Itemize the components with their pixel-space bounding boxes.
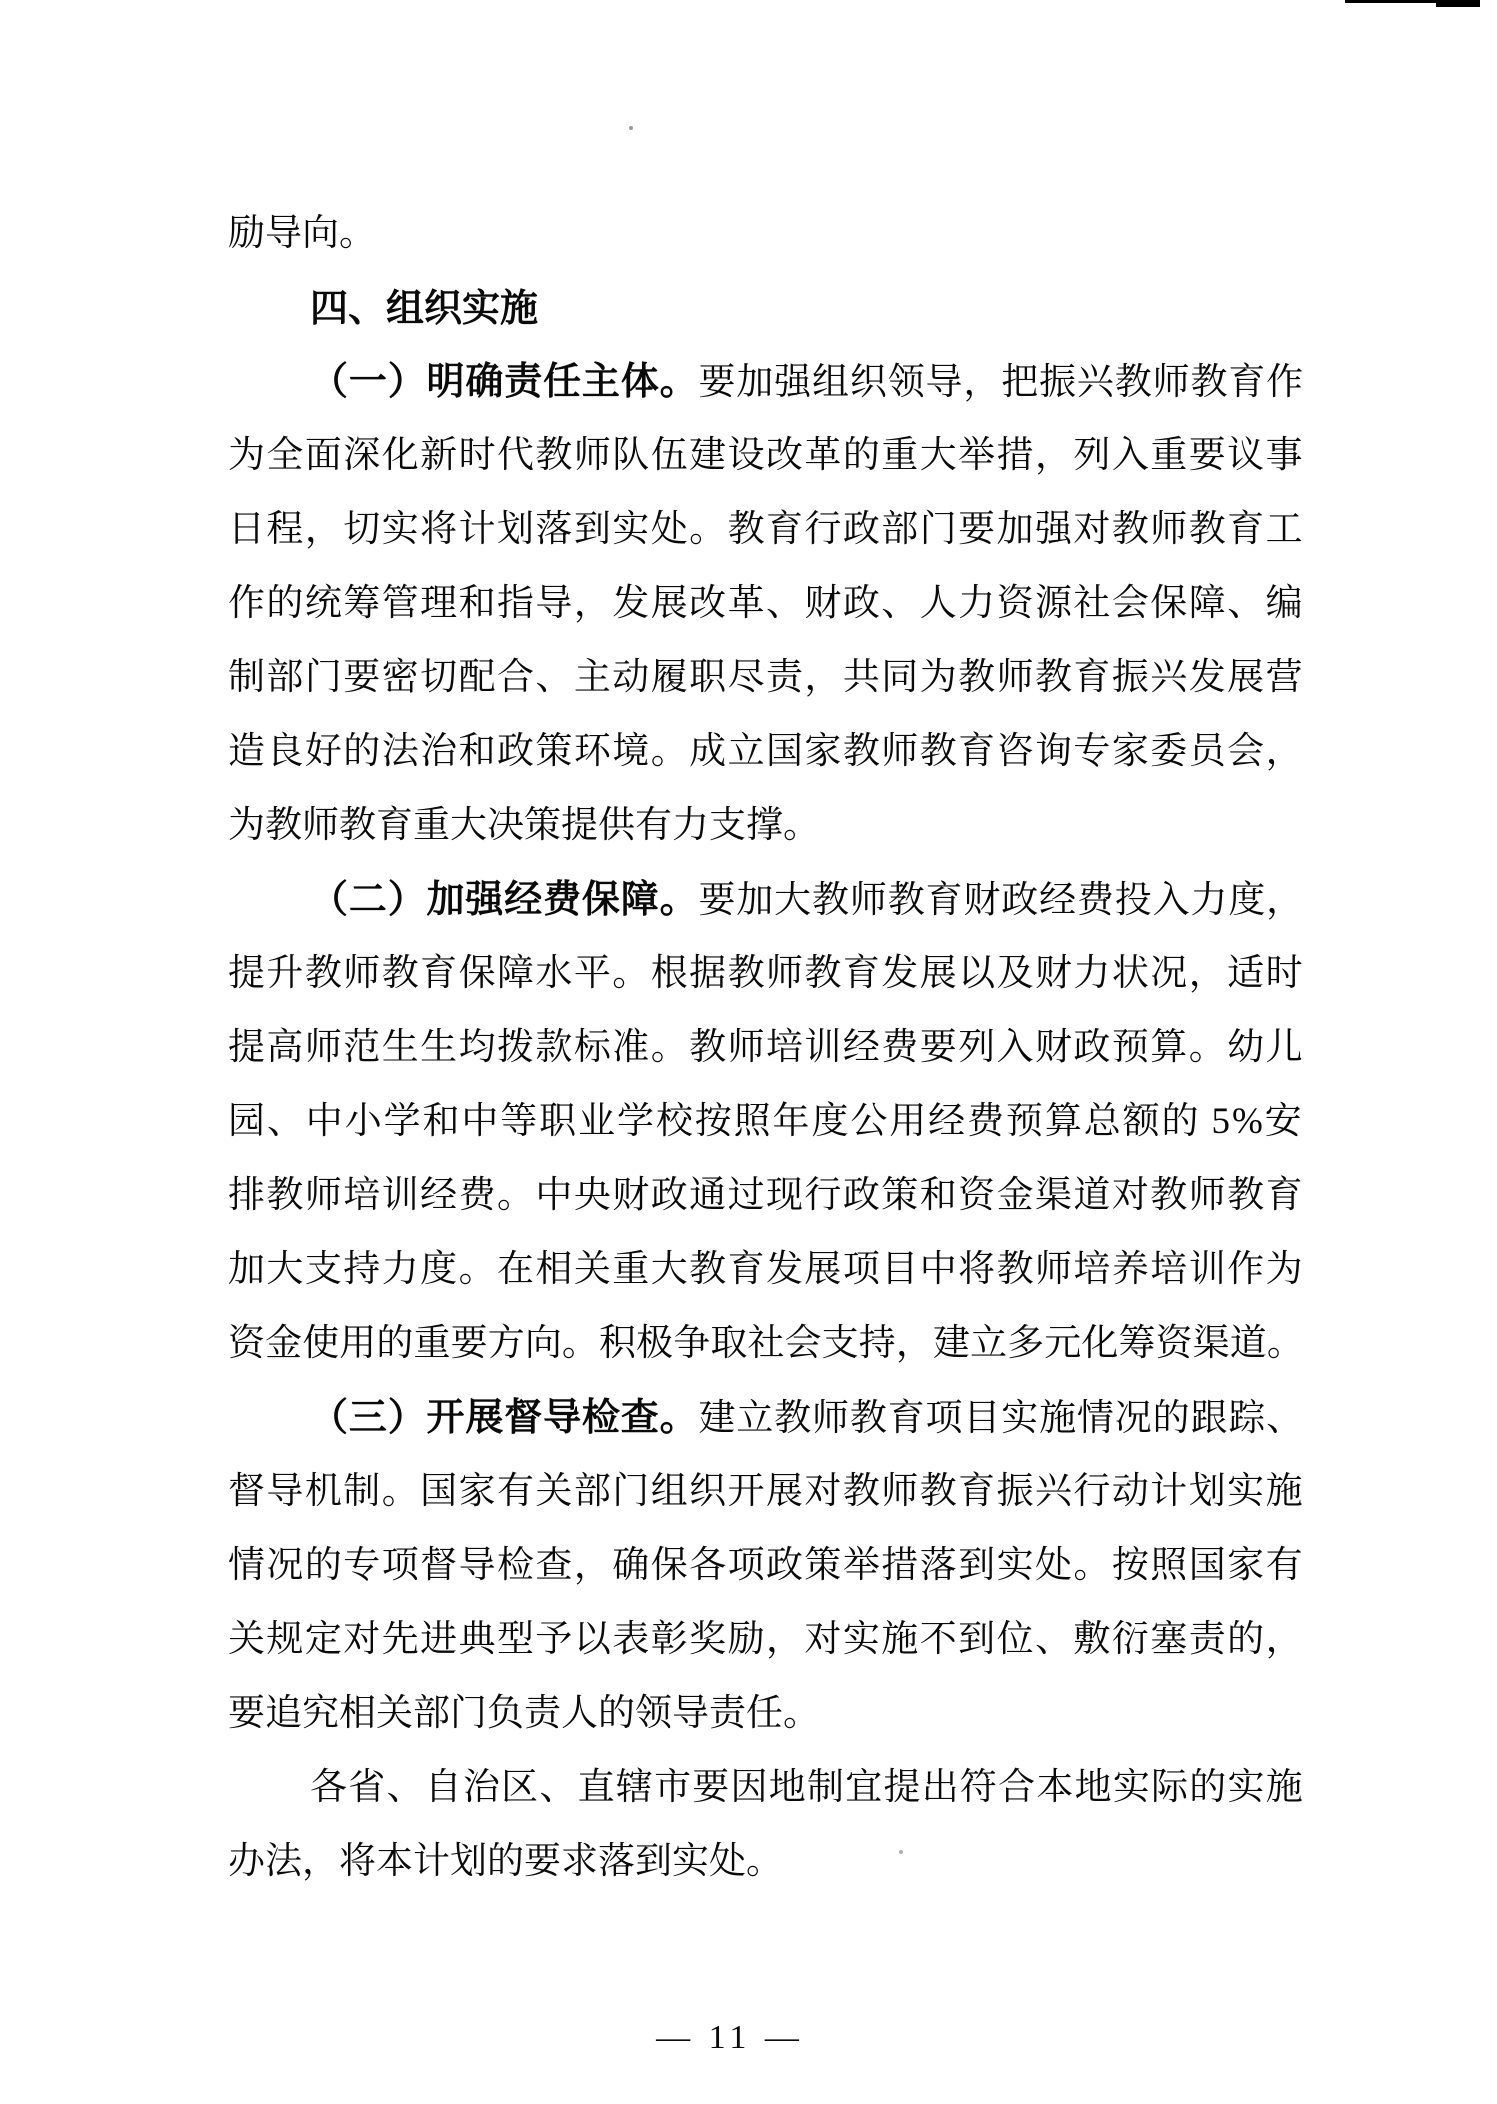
text-line-content: 作的统筹管理和指导，发展改革、财政、人力资源社会保障、编 <box>228 583 1304 624</box>
text-line: （一）明确责任主体。要加强组织领导，把振兴教师教育作 <box>228 345 1304 419</box>
text-line: 办法，将本计划的要求落到实处。 <box>228 1825 1304 1899</box>
page-number: — 11 — <box>160 2018 1300 2058</box>
text-line-content: 排教师培训经费。中央财政通过现行政策和资金渠道对教师教育 <box>228 1175 1304 1216</box>
text-line: 情况的专项督导检查，确保各项政策举措落到实处。按照国家有 <box>228 1529 1304 1603</box>
paragraph-lead-bold: （三）开展督导检查。 <box>310 1397 698 1439</box>
text-line-content: 各省、自治区、直辖市要因地制宜提出符合本地实际的实施 <box>310 1767 1304 1808</box>
paragraph-text: 关规定对先进典型予以表彰奖励，对实施不到位、敷衍塞责的， <box>228 1619 1304 1660</box>
text-line: 制部门要密切配合、主动履职尽责，共同为教师教育振兴发展营 <box>228 641 1304 715</box>
text-line-content: 资金使用的重要方向。积极争取社会支持，建立多元化筹资渠道。 <box>228 1323 1304 1364</box>
scan-artifact-top-line-thick <box>1436 0 1480 7</box>
text-line-content: （一）明确责任主体。要加强组织领导，把振兴教师教育作 <box>310 362 1304 403</box>
text-line: 加大支持力度。在相关重大教育发展项目中将教师培养培训作为 <box>228 1233 1304 1307</box>
paragraph-text: 排教师培训经费。中央财政通过现行政策和资金渠道对教师教育 <box>228 1175 1304 1216</box>
text-line-content: 督导机制。国家有关部门组织开展对教师教育振兴行动计划实施 <box>228 1471 1304 1512</box>
text-line: 提高师范生生均拨款标准。教师培训经费要列入财政预算。幼儿 <box>228 1011 1304 1085</box>
text-line-content: 制部门要密切配合、主动履职尽责，共同为教师教育振兴发展营 <box>228 657 1304 698</box>
paragraph-lead-bold: （一）明确责任主体。 <box>310 361 698 403</box>
text-line: 作的统筹管理和指导，发展改革、财政、人力资源社会保障、编 <box>228 567 1304 641</box>
paragraph-text: 资金使用的重要方向。积极争取社会支持，建立多元化筹资渠道。 <box>228 1323 1304 1364</box>
paragraph-text: 提升教师教育保障水平。根据教师教育发展以及财力状况，适时 <box>228 953 1304 994</box>
text-line-content: 情况的专项督导检查，确保各项政策举措落到实处。按照国家有 <box>228 1545 1304 1586</box>
text-line-content: 日程，切实将计划落到实处。教育行政部门要加强对教师教育工 <box>228 509 1304 550</box>
text-line: 督导机制。国家有关部门组织开展对教师教育振兴行动计划实施 <box>228 1455 1304 1529</box>
paragraph-text: 情况的专项督导检查，确保各项政策举措落到实处。按照国家有 <box>228 1545 1304 1586</box>
text-block: 励导向。四、组织实施（一）明确责任主体。要加强组织领导，把振兴教师教育作为全面深… <box>228 197 1304 1899</box>
text-line-content: 为教师教育重大决策提供有力支撑。 <box>228 805 820 846</box>
paragraph-text: 督导机制。国家有关部门组织开展对教师教育振兴行动计划实施 <box>228 1471 1304 1512</box>
text-line: 为全面深化新时代教师队伍建设改革的重大举措，列入重要议事 <box>228 419 1304 493</box>
paragraph-text: 制部门要密切配合、主动履职尽责，共同为教师教育振兴发展营 <box>228 657 1304 698</box>
text-line-content: 励导向。 <box>228 213 376 254</box>
text-line: 为教师教育重大决策提供有力支撑。 <box>228 789 1304 863</box>
text-line: 日程，切实将计划落到实处。教育行政部门要加强对教师教育工 <box>228 493 1304 567</box>
paragraph-text: 励导向。 <box>228 213 376 254</box>
paragraph-text: 要加强组织领导，把振兴教师教育作 <box>698 362 1304 403</box>
paragraph-lead-bold: 四、组织实施 <box>310 288 538 330</box>
text-line: 关规定对先进典型予以表彰奖励，对实施不到位、敷衍塞责的， <box>228 1603 1304 1677</box>
text-line-content: （三）开展督导检查。建立教师教育项目实施情况的跟踪、 <box>310 1398 1304 1439</box>
text-line-content: 造良好的法治和政策环境。成立国家教师教育咨询专家委员会， <box>228 731 1304 772</box>
paragraph-text: 建立教师教育项目实施情况的跟踪、 <box>698 1398 1304 1439</box>
text-line-content: 提升教师教育保障水平。根据教师教育发展以及财力状况，适时 <box>228 953 1304 994</box>
paragraph-text: 办法，将本计划的要求落到实处。 <box>228 1841 783 1882</box>
text-line: 园、中小学和中等职业学校按照年度公用经费预算总额的 5%安 <box>228 1085 1304 1159</box>
text-line-content: 四、组织实施 <box>310 286 538 330</box>
paragraph-text: 要追究相关部门负责人的领导责任。 <box>228 1693 820 1734</box>
text-line-content: 办法，将本计划的要求落到实处。 <box>228 1841 783 1882</box>
document-page: 励导向。四、组织实施（一）明确责任主体。要加强组织领导，把振兴教师教育作为全面深… <box>0 0 1497 2104</box>
text-line: 提升教师教育保障水平。根据教师教育发展以及财力状况，适时 <box>228 937 1304 1011</box>
text-line: （二）加强经费保障。要加大教师教育财政经费投入力度， <box>228 863 1304 937</box>
paragraph-text: 加大支持力度。在相关重大教育发展项目中将教师培养培训作为 <box>228 1249 1304 1290</box>
text-line-content: （二）加强经费保障。要加大教师教育财政经费投入力度， <box>310 880 1304 921</box>
paragraph-lead-bold: （二）加强经费保障。 <box>310 879 698 921</box>
text-line-content: 要追究相关部门负责人的领导责任。 <box>228 1693 820 1734</box>
scan-speck <box>629 126 633 130</box>
text-line-content: 加大支持力度。在相关重大教育发展项目中将教师培养培训作为 <box>228 1249 1304 1290</box>
paragraph-text: 提高师范生生均拨款标准。教师培训经费要列入财政预算。幼儿 <box>228 1027 1304 1068</box>
text-line-content: 提高师范生生均拨款标准。教师培训经费要列入财政预算。幼儿 <box>228 1027 1304 1068</box>
text-line: 励导向。 <box>228 197 1304 271</box>
paragraph-text: 园、中小学和中等职业学校按照年度公用经费预算总额的 5%安 <box>228 1101 1304 1142</box>
paragraph-text: 为全面深化新时代教师队伍建设改革的重大举措，列入重要议事 <box>228 435 1304 476</box>
paragraph-text: 为教师教育重大决策提供有力支撑。 <box>228 805 820 846</box>
text-line-content: 为全面深化新时代教师队伍建设改革的重大举措，列入重要议事 <box>228 435 1304 476</box>
text-line: 各省、自治区、直辖市要因地制宜提出符合本地实际的实施 <box>228 1751 1304 1825</box>
text-line: 要追究相关部门负责人的领导责任。 <box>228 1677 1304 1751</box>
paragraph-text: 日程，切实将计划落到实处。教育行政部门要加强对教师教育工 <box>228 509 1304 550</box>
text-line: （三）开展督导检查。建立教师教育项目实施情况的跟踪、 <box>228 1381 1304 1455</box>
paragraph-text: 各省、自治区、直辖市要因地制宜提出符合本地实际的实施 <box>310 1767 1304 1808</box>
text-line: 资金使用的重要方向。积极争取社会支持，建立多元化筹资渠道。 <box>228 1307 1304 1381</box>
paragraph-text: 要加大教师教育财政经费投入力度， <box>698 880 1304 921</box>
text-line: 造良好的法治和政策环境。成立国家教师教育咨询专家委员会， <box>228 715 1304 789</box>
paragraph-text: 造良好的法治和政策环境。成立国家教师教育咨询专家委员会， <box>228 731 1304 772</box>
text-line-content: 园、中小学和中等职业学校按照年度公用经费预算总额的 5%安 <box>228 1101 1304 1142</box>
text-line: 排教师培训经费。中央财政通过现行政策和资金渠道对教师教育 <box>228 1159 1304 1233</box>
paragraph-text: 作的统筹管理和指导，发展改革、财政、人力资源社会保障、编 <box>228 583 1304 624</box>
section-heading: 四、组织实施 <box>228 271 1304 345</box>
text-line-content: 关规定对先进典型予以表彰奖励，对实施不到位、敷衍塞责的， <box>228 1619 1304 1660</box>
